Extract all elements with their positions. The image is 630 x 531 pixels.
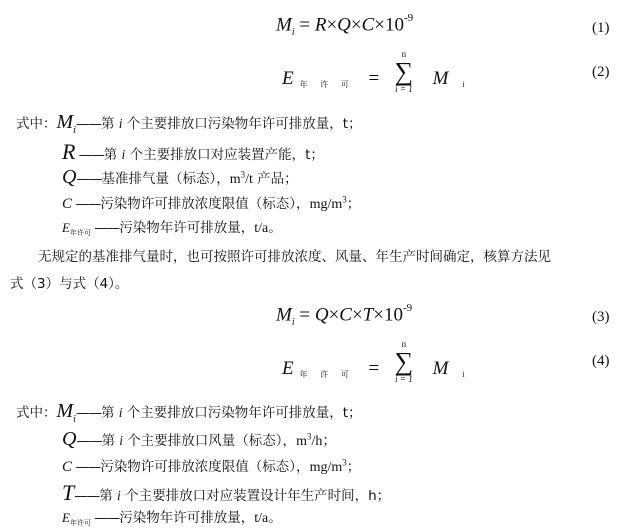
times-sign: × — [329, 304, 340, 325]
unit: m3/t — [230, 172, 253, 187]
sigma-icon: ∑ — [392, 59, 416, 85]
unit-base: mg/m — [310, 460, 343, 475]
definition-text: 污染物年许可排放量， — [119, 510, 254, 526]
eq3-lhs-sub: i — [292, 317, 295, 328]
equals-sign: = — [368, 68, 379, 89]
unit: mg/m3 — [310, 197, 347, 212]
eq1-term: Q — [337, 14, 351, 35]
eq4-lhs: E — [282, 358, 294, 379]
definition-text: 第 — [101, 433, 119, 449]
times-sign: × — [374, 14, 385, 35]
unit-base: m — [296, 434, 307, 449]
eq3-power-exp: -9 — [403, 302, 412, 314]
eq1-term: R — [315, 14, 327, 35]
em-dash: —— — [76, 171, 101, 187]
definition-row-M: 式中：Mi——第 i 个主要排放口污染物年许可排放量，t； — [16, 111, 362, 134]
eq3-term: C — [339, 304, 352, 325]
eq1-lhs-sub: i — [292, 27, 295, 38]
equals-sign: = — [299, 14, 310, 35]
definition-text: 基准排气量（标态）， — [101, 171, 229, 187]
definition-text: 个主要排放口污染物年许可排放量，t； — [123, 405, 362, 421]
symbol-M: Mi — [57, 111, 76, 133]
definition-text: ； — [347, 196, 361, 212]
symbol-E: E年许可 — [62, 220, 91, 235]
unit: mg/m3 — [310, 460, 347, 475]
definition-text: 第 — [101, 116, 119, 132]
symbol-sub: i — [73, 414, 76, 425]
symbol-Q: Q — [62, 166, 76, 188]
unit: m3/h； — [296, 434, 336, 449]
definition-text: 污染物许可排放浓度限值（标态）， — [100, 196, 309, 212]
symbol-C: C — [62, 196, 72, 212]
equation-3: Mi = Q×C×T×10-9 — [276, 304, 412, 326]
symbol-E: E年许可 — [62, 510, 91, 525]
em-dash: —— — [74, 488, 99, 504]
eq2-lhs: E — [282, 68, 294, 89]
symbol-R: R — [62, 139, 75, 164]
symbol-sub: 年许可 — [70, 519, 91, 527]
eq3-lhs: M — [276, 304, 292, 325]
eq1-lhs: M — [276, 14, 292, 35]
definition-text: 第 — [104, 147, 122, 163]
definition-text: 个主要排放口对应装置产能，t； — [125, 147, 324, 163]
times-sign: × — [352, 304, 363, 325]
equals-sign: = — [299, 304, 310, 325]
em-dash: —— — [76, 405, 101, 421]
equals-sign: = — [368, 358, 379, 379]
times-sign: × — [373, 304, 384, 325]
unit-base: m — [230, 172, 241, 187]
symbol-text: E — [62, 220, 70, 235]
equation-number-3: (3) — [592, 309, 610, 326]
eq1-power-exp: -9 — [404, 12, 413, 24]
equation-number-1: (1) — [592, 20, 610, 37]
definition-text: 个主要排放口风量（标态）， — [123, 433, 296, 449]
symbol-C: C — [62, 459, 72, 475]
summation-symbol: n ∑ i = 1 — [392, 50, 416, 94]
em-dash: —— — [76, 116, 101, 132]
definition-row-T: T——第 i 个主要排放口对应装置设计年生产时间，h； — [62, 480, 390, 506]
paragraph-line-1: 无规定的基准排气量时，也可按照许可排放浓度、风量、年生产时间确定，核算方法见 — [38, 245, 551, 265]
definition-row-M-2: 式中：Mi——第 i 个主要排放口污染物年许可排放量，t； — [16, 400, 362, 423]
definition-text: 第 — [101, 405, 119, 421]
definition-text: 。 — [268, 510, 282, 526]
symbol-sub: i — [73, 125, 76, 136]
em-dash: —— — [76, 433, 101, 449]
unit-rest: /h； — [311, 434, 336, 449]
times-sign: × — [351, 14, 362, 35]
definition-text: 个主要排放口对应装置设计年生产时间，h； — [121, 488, 390, 504]
symbol-text: E — [62, 510, 70, 525]
eq4-summand-sub: i — [463, 370, 465, 379]
definition-row-Q-2: Q——第 i 个主要排放口风量（标态），m3/h； — [62, 428, 336, 451]
equation-number-2: (2) — [592, 64, 610, 81]
unit: t/a — [254, 511, 268, 526]
eq2-summand-sub: i — [463, 80, 465, 89]
definition-row-R: R ——第 i 个主要排放口对应装置产能，t； — [62, 139, 324, 165]
equation-2: E年 许 可 = n ∑ i = 1 Mi — [282, 50, 465, 94]
sigma-icon: ∑ — [392, 349, 416, 375]
symbol-text: M — [57, 400, 74, 422]
eq3-power-base: 10 — [384, 304, 403, 325]
sum-lower-limit: i = 1 — [392, 375, 416, 384]
eq2-summand: M — [433, 68, 449, 89]
eq3-term: Q — [315, 304, 329, 325]
definition-text: ； — [347, 459, 361, 475]
em-dash: —— — [91, 220, 119, 236]
eq1-term: C — [362, 14, 375, 35]
definition-text: 第 — [99, 488, 117, 504]
symbol-T: T — [62, 480, 74, 505]
summation-symbol: n ∑ i = 1 — [392, 340, 416, 384]
definition-text: 产品； — [253, 171, 298, 187]
symbol-sub: 年许可 — [70, 229, 91, 237]
definition-row-E-2: E年许可 ——污染物年许可排放量，t/a。 — [62, 506, 282, 527]
em-dash: —— — [75, 147, 103, 163]
definition-text: 污染物许可排放浓度限值（标态）， — [100, 459, 309, 475]
paragraph-line-2: 式（3）与式（4）。 — [10, 272, 128, 292]
symbol-M: Mi — [57, 400, 76, 422]
unit-rest: /t — [245, 172, 253, 187]
definition-row-E: E年许可 ——污染物年许可排放量，t/a。 — [62, 216, 282, 237]
definition-text: 污染物年许可排放量， — [119, 220, 254, 236]
eq3-term: T — [363, 304, 374, 325]
where-label: 式中： — [16, 116, 57, 132]
definition-text: 个主要排放口污染物年许可排放量，t； — [123, 116, 362, 132]
symbol-text: M — [57, 111, 74, 133]
unit-base: mg/m — [310, 197, 343, 212]
eq4-summand: M — [433, 358, 449, 379]
definition-row-C-2: C ——污染物许可排放浓度限值（标态），mg/m3； — [62, 455, 360, 476]
unit: t/a — [254, 221, 268, 236]
equation-1: Mi = R×Q×C×10-9 — [276, 14, 413, 36]
definition-row-Q: Q——基准排气量（标态），m3/t 产品； — [62, 166, 298, 189]
equation-number-4: (4) — [592, 353, 610, 370]
eq2-lhs-sub: 年 许 可 — [300, 80, 354, 89]
em-dash: —— — [91, 510, 119, 526]
symbol-Q: Q — [62, 428, 76, 450]
em-dash: —— — [72, 196, 100, 212]
em-dash: —— — [72, 459, 100, 475]
where-label: 式中： — [16, 405, 57, 421]
times-sign: × — [326, 14, 337, 35]
eq1-power-base: 10 — [385, 14, 404, 35]
sum-lower-limit: i = 1 — [392, 85, 416, 94]
definition-text: 。 — [268, 220, 282, 236]
equation-4: E年 许 可 = n ∑ i = 1 Mi — [282, 340, 465, 384]
definition-row-C: C ——污染物许可排放浓度限值（标态），mg/m3； — [62, 192, 360, 213]
eq4-lhs-sub: 年 许 可 — [300, 370, 354, 379]
